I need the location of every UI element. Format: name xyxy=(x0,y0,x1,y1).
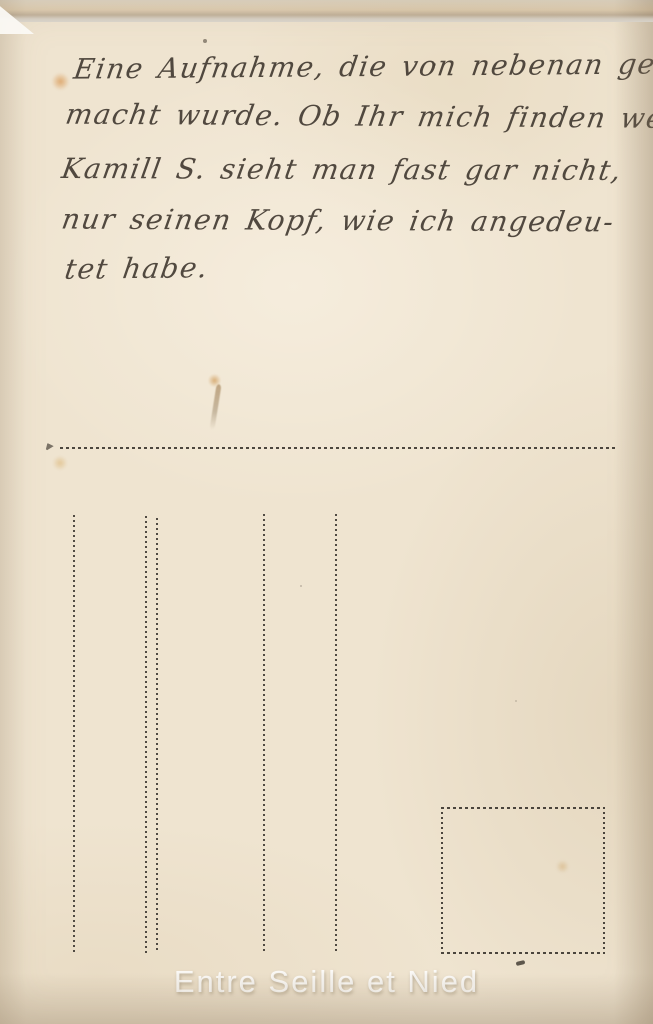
stain xyxy=(209,384,221,430)
watermark-text: Entre Seille et Nied xyxy=(0,964,653,1000)
ink-speck xyxy=(515,700,517,702)
handwriting-text: tet habe. xyxy=(63,251,211,286)
address-column-line xyxy=(73,515,75,952)
handwriting-text: nur seinen Kopf, wie ich angedeu- xyxy=(59,203,617,239)
stain xyxy=(52,456,68,470)
handwriting-text: Eine Aufnahme, die von nebenan ge- xyxy=(72,47,653,85)
postcard-back-photo: Eine Aufnahme, die von nebenan ge- macht… xyxy=(0,0,653,1024)
address-column-line xyxy=(263,514,265,952)
card-bottom-edge xyxy=(0,0,653,22)
handwriting-line: Kamill S. sieht man fast gar nicht, xyxy=(62,152,622,187)
handwriting-text: macht wurde. Ob Ihr mich finden werdet? xyxy=(63,98,653,136)
address-column-line xyxy=(335,514,337,953)
handwriting-text: Kamill S. sieht man fast gar nicht, xyxy=(59,152,624,187)
handwriting-line: nur seinen Kopf, wie ich angedeu- xyxy=(62,203,615,239)
ink-speck xyxy=(300,585,302,587)
divider-start-mark xyxy=(45,443,54,452)
stamp-box xyxy=(441,807,605,954)
stain xyxy=(52,72,69,91)
ink-speck xyxy=(433,63,436,66)
ink-speck xyxy=(203,39,207,43)
handwriting-line: tet habe. xyxy=(65,251,209,286)
address-column-line xyxy=(156,518,158,952)
address-column-line xyxy=(145,516,147,953)
address-divider-line xyxy=(60,447,618,449)
handwriting-line: Eine Aufnahme, die von nebenan ge- xyxy=(74,47,653,85)
handwriting-line: macht wurde. Ob Ihr mich finden werdet? xyxy=(66,98,653,136)
